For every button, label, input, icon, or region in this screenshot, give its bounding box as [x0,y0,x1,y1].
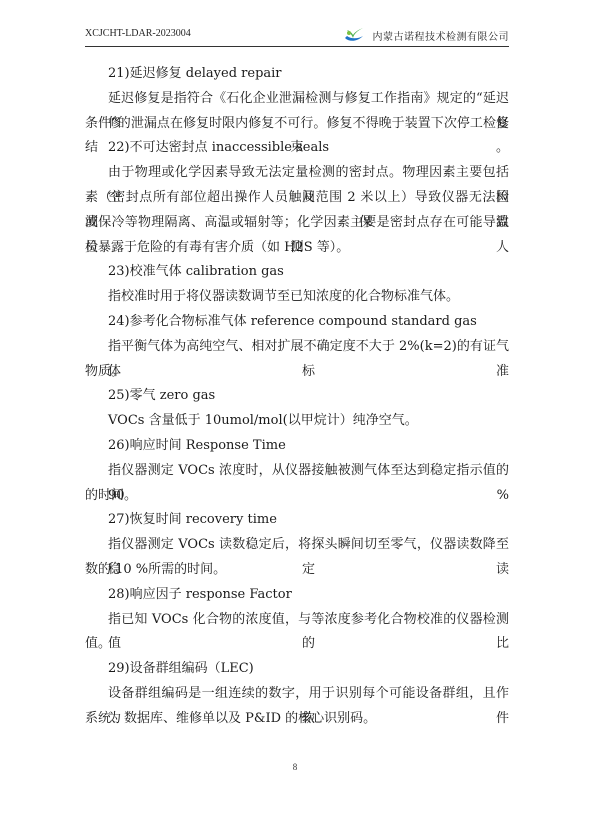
paragraph-line: 设备群组编码是一组连续的数字，用于识别每个可能设备群组，且作为软件 [85,682,509,707]
paragraph-line: VOCs 含量低于 10umol/mol(以甲烷计）纯净空气。 [85,409,509,434]
paragraph-line: 指已知 VOCs 化合物的浓度值，与等浓度参考化合物校准的仪器检测值的比 [85,608,509,633]
term-heading: 28)响应因子 response Factor [85,583,509,608]
document-body: 21)延迟修复 delayed repair延迟修复是指符合《石化企业泄漏检测与… [85,62,509,732]
paragraph-line: 指平衡气体为高纯空气、相对扩展不确定度不大于 2%(k=2)的有证气体标准 [85,335,509,360]
paragraph-line: 或保冷等物理隔离、高温或辐射等；化学因素主要是密封点存在可能导致检测人 [85,211,509,236]
company-name: 内蒙古诺程技术检测有限公司 [373,28,510,43]
term-heading: 25)零气 zero gas [85,384,509,409]
document-code: XCJCHT-LDAR-2023004 [85,28,191,39]
page-header: XCJCHT-LDAR-2023004 内蒙古诺程技术检测有限公司 [85,24,509,46]
paragraph-line: 由于物理或化学因素导致无法定量检测的密封点。物理因素主要包括空间因 [85,161,509,186]
company-block: 内蒙古诺程技术检测有限公司 [343,27,510,43]
term-heading: 27)恢复时间 recovery time [85,508,509,533]
paragraph-line: 指仪器测定 VOCs 浓度时，从仪器接触被测气体至达到稳定指示值的 90 % [85,459,509,484]
paragraph-line: 指仪器测定 VOCs 读数稳定后，将探头瞬间切至零气，仪器读数降至稳定读 [85,533,509,558]
page-number: 8 [0,762,590,772]
term-heading: 24)参考化合物标准气体 reference compound standard… [85,310,509,335]
term-heading: 21)延迟修复 delayed repair [85,62,509,87]
header-divider [85,46,509,47]
term-heading: 29)设备群组编码（LEC) [85,657,509,682]
term-heading: 23)校准气体 calibration gas [85,260,509,285]
paragraph-line: 指校准时用于将仪器读数调节至已知浓度的化合物标准气体。 [85,285,509,310]
company-logo-icon [343,27,365,43]
paragraph-line: 素（密封点所有部位超出操作人员触及范围 2 米以上）导致仪器无法检测、保温 [85,186,509,211]
paragraph-line: 延迟修复是指符合《石化企业泄漏检测与修复工作指南》规定的“延迟修复 [85,87,509,112]
paragraph-line: 条件”的泄漏点在修复时限内修复不可行。修复不得晚于装置下次停工检修结束。 [85,112,509,137]
term-heading: 26)响应时间 Response Time [85,434,509,459]
